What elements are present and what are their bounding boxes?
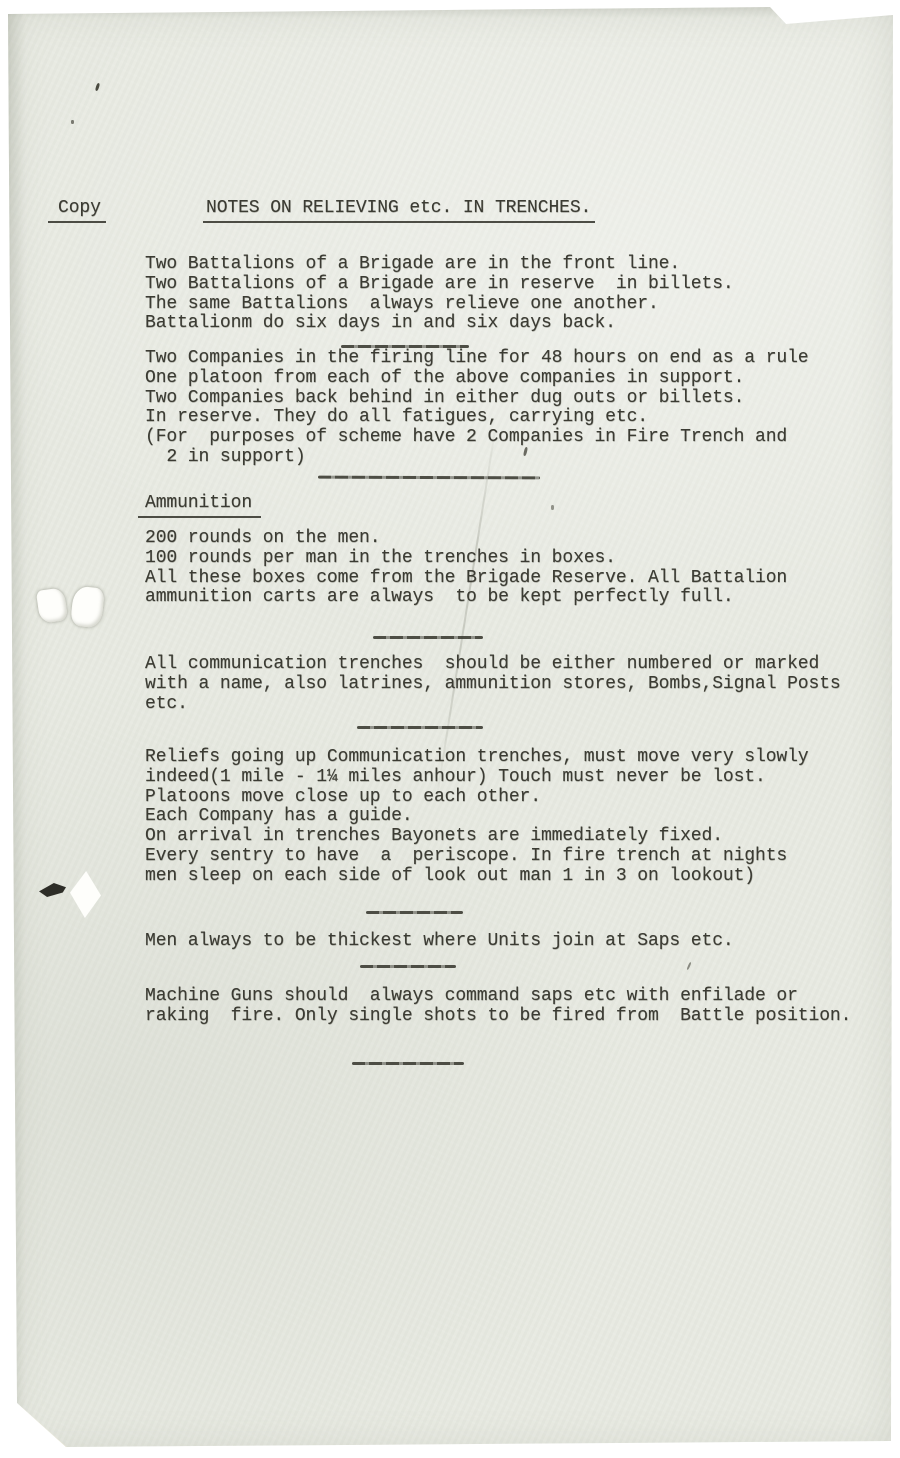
section-divider <box>318 476 540 479</box>
folded-corner <box>17 1401 67 1448</box>
section-divider <box>366 911 463 914</box>
scanned-page-background: Copy NOTES ON RELIEVING etc. IN TRENCHES… <box>0 0 900 1458</box>
ammunition-heading: Ammunition <box>138 494 261 518</box>
ink-speck <box>71 120 74 124</box>
section-divider <box>360 965 456 968</box>
ink-speck <box>95 83 100 92</box>
section-divider <box>352 1062 464 1065</box>
ink-speck <box>551 505 554 510</box>
paragraph-companies: Two Companies in the firing line for 48 … <box>145 349 809 468</box>
paragraph-ammunition: 200 rounds on the men. 100 rounds per ma… <box>145 529 787 608</box>
page-title: NOTES ON RELIEVING etc. IN TRENCHES. <box>203 199 595 223</box>
paper-sheet: Copy NOTES ON RELIEVING etc. IN TRENCHES… <box>0 0 900 1458</box>
paragraph-battalions: Two Battalions of a Brigade are in the f… <box>145 255 734 334</box>
section-divider <box>373 636 483 639</box>
paragraph-communication-trenches: All communication trenches should be eit… <box>145 655 841 714</box>
paragraph-machine-guns: Machine Guns should always command saps … <box>145 987 851 1027</box>
torn-hole <box>70 871 101 918</box>
ink-speck <box>686 962 691 970</box>
ink-smudge <box>39 883 66 897</box>
section-divider <box>357 726 483 729</box>
copy-label: Copy <box>48 199 106 223</box>
torn-hole <box>36 587 68 624</box>
torn-hole <box>70 585 105 628</box>
paper-crease <box>437 432 495 790</box>
paragraph-reliefs: Reliefs going up Communication trenches,… <box>145 748 809 887</box>
paragraph-units-saps: Men always to be thickest where Units jo… <box>145 932 734 952</box>
